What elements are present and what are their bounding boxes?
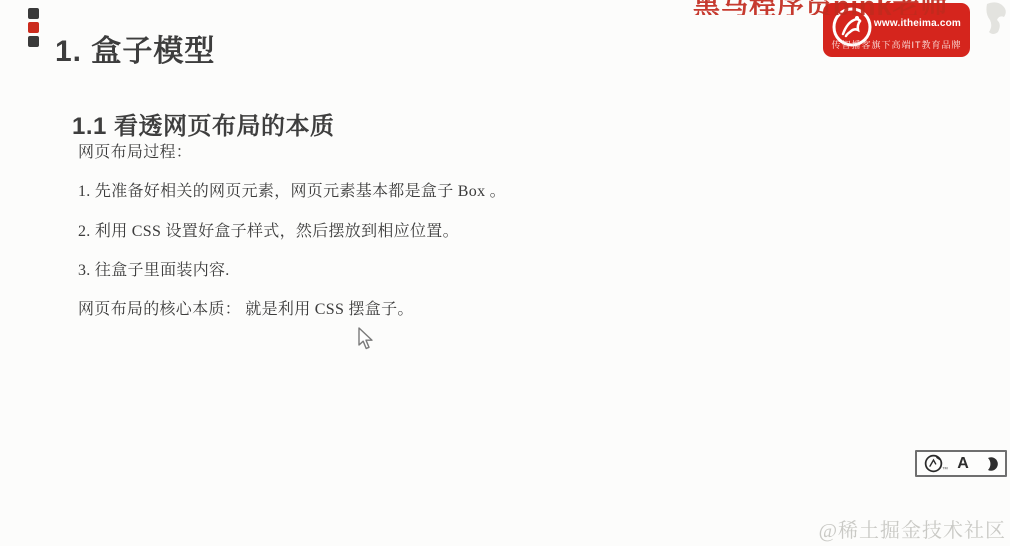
itheima-logo: www.itheima.com 传智播客旗下高端IT教育品牌 (823, 3, 970, 57)
itheima-horse-icon (923, 453, 944, 474)
bottom-watermark: @稀土掘金技术社区 (819, 514, 1006, 543)
text-tool-button[interactable]: A (949, 452, 977, 475)
title-bullet-icon (28, 8, 40, 47)
paragraph-summary: 网页布局的核心本质： 就是利用 CSS 摆盒子。 (78, 296, 414, 319)
slide-page: 1. 盒子模型 黑马程序员pink老师 www.itheima.com 传智播客… (0, 0, 1010, 546)
annotation-toolbar: ™ A (915, 450, 1007, 477)
itheima-tool-button[interactable]: ™ (917, 452, 949, 475)
paragraph-intro: 网页布局过程： (78, 139, 192, 162)
mouse-cursor-icon (358, 327, 376, 351)
corner-silhouette-icon (983, 2, 1010, 40)
logo-slogan: 传智播客旗下高端IT教育品牌 (823, 38, 970, 51)
page-title: 1. 盒子模型 (55, 26, 215, 70)
moon-tool-button[interactable] (977, 452, 1005, 475)
paragraph-step-1: 1. 先准备好相关的网页元素，网页元素基本都是盒子 Box 。 (78, 178, 506, 201)
logo-url-text: www.itheima.com (874, 18, 961, 29)
section-heading: 1.1 看透网页布局的本质 (72, 106, 335, 141)
trademark-mark: ™ (942, 467, 948, 473)
paragraph-step-2: 2. 利用 CSS 设置好盒子样式，然后摆放到相应位置。 (78, 218, 459, 241)
moon-icon (982, 455, 1000, 473)
paragraph-step-3: 3. 往盒子里面装内容. (78, 257, 230, 280)
